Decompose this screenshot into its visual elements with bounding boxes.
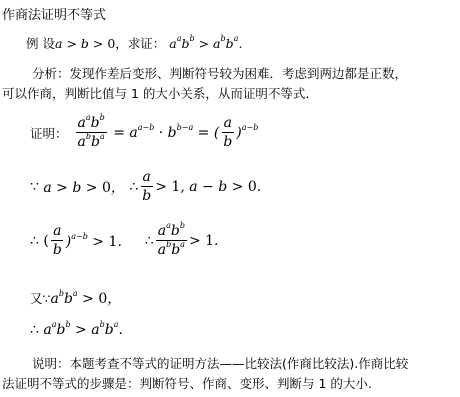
example-claim: aabb > abba. (169, 36, 242, 51)
example-condition: a > b > 0 (55, 36, 115, 51)
example-ask: ，求证： (115, 36, 165, 51)
example-label: 例 (26, 36, 39, 51)
proof-step-5: ∴ aabb > abba. (30, 322, 123, 338)
document-title: 作商法证明不等式 (2, 4, 106, 23)
proof-step-1: 证明： aabbabba = aa−b · bb−a = ( ab )a−b (30, 114, 258, 151)
note-label: 说明： (32, 356, 70, 371)
example-line: 例 设a > b > 0，求证： aabb > abba. (26, 34, 242, 52)
therefore-symbol: ∴ (129, 179, 138, 195)
analysis-line-2: 可以作商，判断比值与 1 的大小关系，从而证明不等式. (2, 84, 309, 102)
proof-step-2: ∵ a > b > 0， ∴ ab > 1, a − b > 0. (30, 168, 261, 205)
again-because-symbol: 又∵ (30, 291, 50, 306)
note-text-1: 本题考查不等式的证明方法——比较法(作商比较法).作商比较 (70, 356, 409, 371)
example-prefix: 设 (43, 36, 56, 51)
proof-step-3: ∴ ( ab )a−b > 1． ∴ aabbabba > 1. (30, 222, 219, 259)
note-line-2: 法证明不等式的步骤是：判断符号、作商、变形、判断与 1 的大小. (2, 374, 372, 392)
analysis-line-1: 分析：发现作差后变形、判断符号较为困难．考虑到两边都是正数， (32, 64, 407, 82)
fraction-ratio: aabbabba (76, 114, 107, 151)
analysis-label: 分析： (32, 66, 70, 81)
note-line-1: 说明：本题考查不等式的证明方法——比较法(作商比较法).作商比较 (32, 354, 408, 372)
analysis-text-1: 发现作差后变形、判断符号较为困难．考虑到两边都是正数， (70, 66, 408, 81)
because-symbol: ∵ (30, 179, 39, 195)
proof-label: 证明： (30, 124, 68, 142)
proof-step-4: 又∵abba > 0， (30, 288, 121, 308)
fraction-a-over-b: ab (221, 114, 234, 151)
